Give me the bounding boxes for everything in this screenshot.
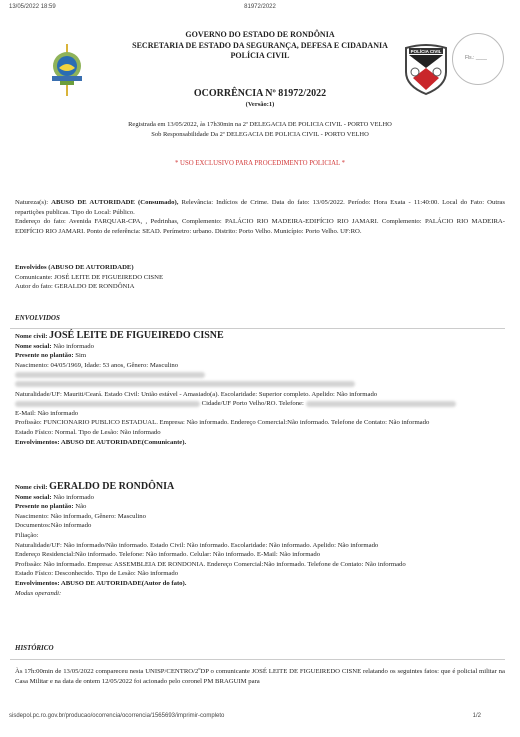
print-doc-id: 81972/2022 xyxy=(9,4,511,10)
print-header: 13/05/2022 18:59 81972/2022 xyxy=(9,4,511,14)
person-2-name-label: Nome civil: xyxy=(15,484,49,491)
historico-text: Às 17h:00min de 13/05/2022 compareceu ne… xyxy=(15,667,505,686)
person-1-naturalidade: Naturalidade/UF: Mauriti/Ceará. Estado C… xyxy=(15,390,505,400)
person-1-birth: Nascimento: 04/05/1969, Idade: 53 anos, … xyxy=(15,361,505,371)
section-title-envolvidos: ENVOLVIDOS xyxy=(15,314,60,322)
person-2: Nome civil: GERALDO DE RONDÔNIA Nome soc… xyxy=(15,482,505,598)
nature-value: ABUSO DE AUTORIDADE (Consumado), xyxy=(51,199,178,206)
occurrence-title: OCORRÊNCIA Nº 81972/2022 xyxy=(0,88,520,99)
nature-label: Natureza(s): xyxy=(15,199,51,206)
section-divider xyxy=(10,659,505,660)
person-2-filiacao: Filiação: xyxy=(15,531,505,541)
involved-summary-title: Envolvidos (ABUSO DE AUTORIDADE) xyxy=(15,263,505,273)
person-2-involvement: Envolvimentos: ABUSO DE AUTORIDADE(Autor… xyxy=(15,579,505,589)
involved-autor: Autor do fato: GERALDO DE RONDÔNIA xyxy=(15,282,505,292)
person-2-naturalidade: Naturalidade/UF: Não informado/Não infor… xyxy=(15,541,505,551)
involved-comunicante: Comunicante: JOSÉ LEITE DE FIGUEIREDO CI… xyxy=(15,273,505,283)
svg-text:POLÍCIA CIVIL: POLÍCIA CIVIL xyxy=(411,47,442,54)
exclusive-use-notice: * USO EXCLUSIVO PARA PROCEDIMENTO POLICI… xyxy=(0,160,520,167)
involved-summary: Envolvidos (ABUSO DE AUTORIDADE) Comunic… xyxy=(15,263,505,292)
person-1: Nome civil: JOSÉ LEITE DE FIGUEIREDO CIS… xyxy=(15,331,505,447)
registration-info: Registrada em 13/05/2022, às 17h30min na… xyxy=(0,120,520,139)
redacted-address xyxy=(15,380,505,390)
section-divider xyxy=(10,328,505,329)
person-1-city-line: Cidade/UF Porto Velho/RO. Telefone: xyxy=(15,399,505,409)
person-2-social: Não informado xyxy=(53,494,94,501)
print-footer: sisdepol.pc.ro.gov.br/producao/ocorrenci… xyxy=(9,713,511,723)
print-url: sisdepol.pc.ro.gov.br/producao/ocorrenci… xyxy=(9,713,224,719)
person-2-birth: Nascimento: Não informado, Gênero: Mascu… xyxy=(15,512,505,522)
redacted-documents xyxy=(15,370,505,380)
person-2-documents: Documentos:Não informado xyxy=(15,521,505,531)
person-1-social: Não informado xyxy=(53,343,94,350)
person-1-present-label: Presente no plantão: xyxy=(15,352,75,359)
responsibility-line: Sob Responsabilidade Da 2ª DELEGACIA DE … xyxy=(0,130,520,140)
person-1-present: Sim xyxy=(75,352,86,359)
person-1-city: Cidade/UF Porto Velho/RO. Telefone: xyxy=(202,400,304,407)
person-1-profession: Profissão: FUNCIONARIO PUBLICO ESTADUAL.… xyxy=(15,418,505,428)
person-2-social-label: Nome social: xyxy=(15,494,53,501)
person-1-email: E-Mail: Não informado xyxy=(15,409,505,419)
fact-address: Endereço do fato: Avenida FARQUAR-CPA, ,… xyxy=(15,217,505,236)
person-2-name: GERALDO DE RONDÔNIA xyxy=(49,481,174,492)
registered-line: Registrada em 13/05/2022, às 17h30min na… xyxy=(0,120,520,130)
nature-block: Natureza(s): ABUSO DE AUTORIDADE (Consum… xyxy=(15,198,505,236)
person-2-profession: Profissão: Não informado. Empresa: ASSEM… xyxy=(15,560,505,570)
occurrence-version: (Versão:1) xyxy=(0,101,520,108)
person-2-address: Endereço Residencial:Não informado. Tele… xyxy=(15,550,505,560)
person-2-physical: Estado Físico: Desconhecido. Tipo de Les… xyxy=(15,569,505,579)
person-1-name: JOSÉ LEITE DE FIGUEIREDO CISNE xyxy=(49,330,224,341)
person-2-modus: Modus operandi: xyxy=(15,589,505,599)
section-title-historico: HISTÓRICO xyxy=(15,644,54,652)
stamp-label: Fls.: ____ xyxy=(465,55,487,61)
page-number: 1/2 xyxy=(473,713,481,719)
person-1-name-label: Nome civil: xyxy=(15,333,49,340)
person-2-present: Não xyxy=(75,503,86,510)
gov-line-1: GOVERNO DO ESTADO DE RONDÔNIA xyxy=(0,30,520,41)
person-1-involvement: Envolvimentos: ABUSO DE AUTORIDADE(Comun… xyxy=(15,438,505,448)
page-number-stamp: Fls.: ____ xyxy=(452,33,504,85)
person-2-present-label: Presente no plantão: xyxy=(15,503,75,510)
person-1-physical: Estado Físico: Normal. Tipo de Lesão: Nã… xyxy=(15,428,505,438)
person-1-social-label: Nome social: xyxy=(15,343,53,350)
